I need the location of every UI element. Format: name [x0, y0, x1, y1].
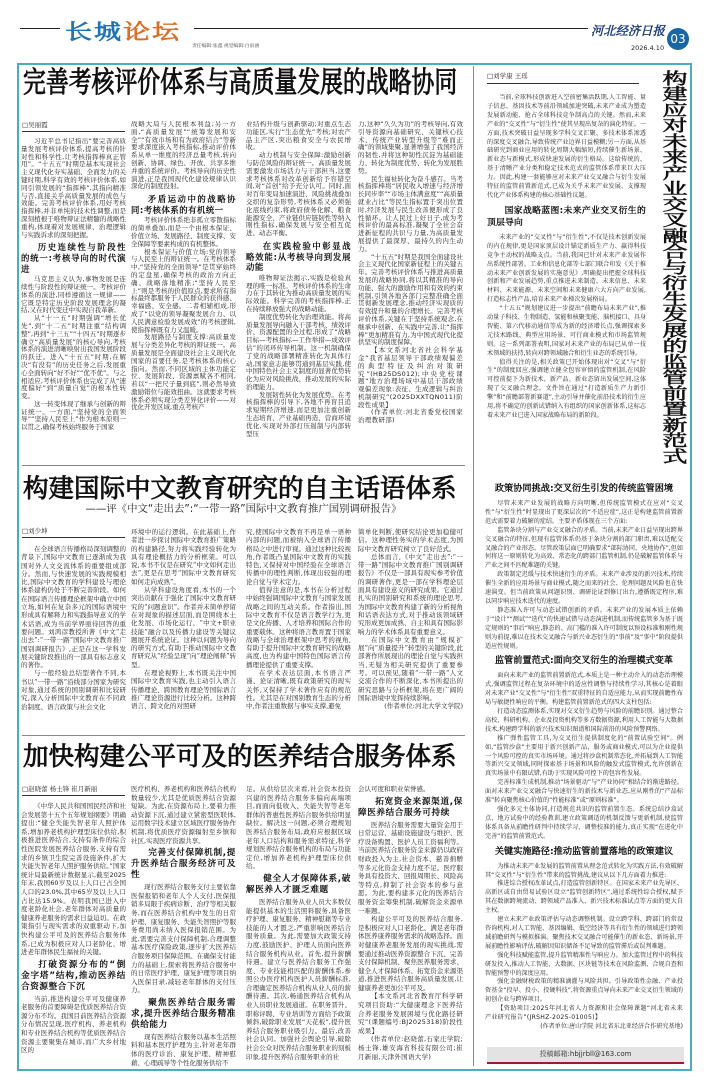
byline-rule [22, 131, 125, 132]
paragraph: 尽管未来产业发展的战略方向明晰,但传统监管模式在应对“交叉性”与“衍生性”时显现… [485, 500, 683, 527]
horizontal-divider-1 [22, 465, 465, 466]
paragraph-continued: 足。从供给层次来看,社会资本投资兴建的医养结合服务多偏向高端项目,而面向低收入、… [246, 785, 351, 871]
paragraph: 考核评价体系绝非孤立零散指标的简单叠加,而是一个由根本保证、价值立场、发展路径、… [131, 217, 236, 248]
paragraph: 强化多元主体协同,打造规范共识的监管前置生态。系统总结沙盒试点、地方试验中的经验… [485, 806, 683, 842]
horizontal-divider-2 [22, 735, 465, 736]
byline-rule [22, 537, 125, 538]
paragraph: 推广弹性监管工具,为交叉衍生提供制度化的“前置试验空间”。例如,“监管沙盒”主要… [485, 735, 683, 780]
paragraph: 建立未来产业政策评估与动态调整机制。设立跨学科、跨部门的常设咨询机构,对人工智能… [485, 916, 683, 952]
article-column-4: 会认可度和职业荣誉感。 拓宽资金来源渠道,保障医养结合服务可持续 医养结合服务需… [358, 785, 463, 1066]
paragraph: “十五五”时期是我国全面建设社会主义现代化国家新征程上的关键五年。完善考核评价体… [358, 254, 463, 348]
author-affiliation: (作者单位:河北省委党校国家治理教研部) [358, 409, 463, 425]
paragraph: 与一般经验总结型著作不同,本书以“一带一路”沿线部分国家为研究对象,通过系统的国… [21, 669, 126, 710]
paragraph: 发展韧性转化为发展优势。在考核指挥棒的引导下,各地不再盲目追求短期经济增速,而是… [246, 392, 351, 439]
paragraph: 这一转变体现了继承与创新的辩证统一。一方面,“坚持党的全面领导”“坚持人民至上”… [21, 401, 126, 432]
article-title: 加快构建公平可及的医养结合服务体系 [23, 743, 457, 772]
funding-note: 【本文系河北省社会科学基金“我省基层领导干部政绩观偏差的典型特征及纠治对策研究”… [358, 347, 463, 409]
byline-rule [22, 795, 125, 796]
paragraph: 强化金融财税政策的精准滴灌与风险共担。引导政策性金融、产业投资基金“投早、投小、… [485, 978, 683, 1005]
paragraph: 习近平总书记指出“要完善高质量发展考核评价体系,提高考核的针对性和科学性,让考核… [21, 138, 126, 239]
subheading: 矛盾运动中的战略协同:考核体系的有机统一 [131, 194, 236, 215]
paragraph: 为推动未来产业发展的监管前置从理念范式转化为实践方法,有效破解其“交叉性”与“衍… [485, 863, 683, 881]
funding-note: 【资助项目:2025年河北省人力资源和社会保障课题“河北省未来产业研究报告”(J… [485, 1005, 683, 1023]
byline: □刘学康 王瑶 [487, 72, 528, 80]
paragraph: 监管条块分割与产业交叉融合的矛盾。当前,未来产业日益呈现出跨界交叉融合的特征,但… [485, 527, 683, 572]
masthead-logo: 河北经济日报 [591, 23, 665, 39]
author-affiliation: (作者单位:唐山学院 河北省东北亚经济合作研究基地) [485, 1023, 683, 1032]
article-subtitle: ——评《中文“走出去”:“一带一路”国际中文教育推广国别调研报告》 [22, 502, 465, 516]
byline-rule [487, 83, 639, 84]
paragraph: 推进综合授权改革试点,打造监管创新特区。在国家未来产业先导区、高新区或自由贸易试… [485, 880, 683, 916]
paragraph: 从“十一五”时期强调“增长优先”,到“十二五”时期注重“结构调整”,再到“十三五… [21, 315, 126, 401]
paragraph: 民生福祉转化为奋斗感召。当考核指挥棒将“居民收入增速与经济增长同步率”“市场主体… [358, 176, 463, 254]
article-column-1: 习近平总书记指出“要完善高质量发展考核评价体系,提高考核的针对性和科学性,让考核… [21, 138, 126, 458]
paragraph: 发展路径与制度支撑:高质量发展与分类差异化考核的辩证统一。高质量发展是全面建设社… [131, 334, 236, 412]
paragraph: 值得注意的是,本书在分析过程中始终强调国际中文教育与国家发展战略之间的互动关系。… [246, 586, 351, 669]
paragraph: 总体而言,《中文“走出去”:“一带一路”国际中文教育推广国别调研报告》不仅是一部… [358, 553, 463, 636]
page-number-badge: 03 [667, 28, 689, 50]
paragraph-continued: 简单化判断,使研究结论更加稳健可信。这种理性务实的学术态度,为国际中文教育研究树… [358, 528, 463, 553]
article-title: 完善考核评价体系与高质量发展的战略协同 [23, 65, 457, 99]
editor-credits: 责任编辑:张鑫 视觉编辑:白雨涵 [192, 44, 259, 50]
paragraph: 面向未来产业的监管前置新范式,本质上是一种主动介入的动态治理模式,强调监管过程在… [485, 672, 683, 708]
section-title: 长城论坛 [65, 21, 181, 44]
article-narrow-column: 当前,全球科技创新进入空前密集活跃期,人工智能、量子信息、基因技术等前沿领域加速… [487, 94, 646, 476]
byline: □刘少坤 [22, 527, 48, 535]
article-column-4: 力,这种“久久为功”的考核导向,有效引导资源向基础研究、关键核心技术、传统产业转… [358, 121, 463, 458]
article-column-3: 足。从供给层次来看,社会资本投资兴建的医养结合服务多偏向高端项目,而面向低收入、… [246, 785, 351, 1066]
paragraph: 在理论视野上,本书既关注中国国际中文教育实践,也主动引入语言传播理论、跨国教育理… [131, 669, 236, 710]
paragraph-continued: 医疗机构、养老机构和医养结合机构数量较少,尤其是优质医养结合资源短缺。为此,在资… [131, 785, 236, 845]
paragraph: 当前,全球科技创新进入空前密集活跃期,人工智能、量子信息、基因技术等前沿领域加速… [487, 94, 646, 201]
paragraph: 值得关注的是,相关政策已开始体现出对“交叉”与“衍生”的制度回应,强调建立健全包… [487, 359, 646, 421]
article-column-2: 战略大局与人民根本利益;另一方面,“高质量发展”“统筹发展和安全”“有效市场和有… [131, 121, 236, 458]
paragraph: 构建公平可及的医养结合服务,是积极应对人口老龄化、满足老年群体医养康养服务需求的… [358, 915, 463, 992]
paragraph: 当前,推进构建公平可及健康养老服务的首要障碍是优质医养结合资源分布不均。我国目前… [21, 995, 126, 1055]
article-title: 构建国际中文教育研究的自主话语体系 [23, 475, 457, 504]
paragraph: 现行医养结合服务支付主要依靠医保报销和老年人个人支付,医保报销多局限于疾病诊断、… [131, 883, 236, 995]
paragraph: 从学科建设角度看,本书的一个突出贡献在于强化了国际中文教育研究的“问题意识”。作… [131, 586, 236, 669]
section-title-part-1: 长城 [65, 21, 123, 45]
paragraph-continued: 会认可度和职业荣誉感。 [358, 785, 463, 794]
vertical-article-title: 构建应对未来产业交叉融合与衍生发展的监管前置新范式 [660, 70, 686, 464]
subheading: 国家战略蓝图:未来产业交叉衍生的顶层导向 [487, 205, 646, 229]
paragraph-continued: 究,使国际中文教育不再是单一语种内部的问题,而被纳入全球语言传播格局之中进行审视… [246, 528, 351, 586]
paragraph: 在全球语言传播格局深刻调整的背景下,国际中文教育已逐渐成为我国对外人文交流体系的… [21, 545, 126, 669]
paragraph: 在国际中文教育由“规模扩展”向“质量提升”转型的关键阶段,此部著作所展现出的理论… [358, 636, 463, 702]
paragraph: 政策制定迟缓与技术快速衍生的矛盾。未来产业涉及的新兴技术,持续催生全新的应用场景… [485, 571, 683, 607]
submission-email-box: 投稿邮箱:hbjjrbll@163.com [487, 1047, 684, 1064]
subheading: 历史连续性与阶段性的统一:考核导向的时代演进 [21, 242, 126, 274]
paragraph: 根本保证与价值立场:党的领导与人民至上的辩证统一。在考核体系中,“坚持党的全面领… [131, 249, 236, 335]
paragraph-continued: 环境中的运行逻辑。在此基础上,作者进一步探讨国际中文教育推广策略的构建路径,努力… [131, 528, 236, 586]
header-rule-left [20, 28, 60, 29]
article-column-3: 究,使国际中文教育不再是单一语种内部的问题,而被纳入全球语言传播格局之中进行审视… [246, 528, 351, 729]
author-affiliation: (作者单位:赵晓蕾,石家庄学院;杨士锋,雄安海省科技有限公司;崔月新丽,天津外国… [358, 1035, 463, 1061]
header-rule-right [194, 28, 588, 29]
article-column-1: 在全球语言传播格局深刻调整的背景下,国际中文教育已逐渐成为我国对外人文交流体系的… [21, 545, 126, 729]
subheading: 在实践检验中彰显战略效能:从考核导向到发展动能 [246, 241, 351, 273]
paragraph: 唯物辩证法揭示,实践是检验真理的唯一标准。考核评价体系的生命力在于其转化为推动高… [246, 275, 351, 314]
paragraph: 静态准入许可与动态试错创新的矛盾。未来产业的发展本质上依赖于“设计”“测试”“迭… [485, 607, 683, 652]
article-column-1: 《中华人民共和国国民经济和社会发展第十五个五年规划纲要》明确提出:“健全失能失智… [21, 802, 126, 1066]
paragraph: 强化科技赋能监管,提升监管精准性与响应力。加大监管过程中的科技研发投入,推动人工… [485, 952, 683, 979]
subheading: 监管前置范式:面向交叉衍生的治理模式变革 [485, 655, 683, 667]
paragraph: 未来产业的“交叉性”与“衍生性”,不仅是技术创新发展的内在规律,更是国家顶层设计… [487, 234, 646, 305]
byline: □吴丽霞 [22, 121, 48, 129]
paragraph-continued: 业结构升级与创新驱动;对重点生态功能区,实行“生态优先”考核;对农产品主产区,突… [246, 121, 351, 152]
paragraph: 完善标准生成机制,推动“场景驱动”与“产业协同”相结合的渐进路径。面对未来产业交… [485, 779, 683, 806]
byline: □赵晓蕾 杨士锋 崔月新丽 [22, 785, 97, 793]
paragraph: 医养结合服务需要大量资金用于日常运营、基础设施建设与维护、医疗设备购置、医护人员… [358, 821, 463, 916]
paragraph: 马克思主义认为,事物发展是连续性与阶段性的辩证统一。考核评价体系的演进,同样遵循… [21, 276, 126, 315]
subheading: 政策协同挑战:交叉衍生引发的传统监管困境 [485, 483, 683, 495]
article-column-4: 简单化判断,使研究结论更加稳健可信。这种理性务实的学术态度,为国际中文教育研究树… [358, 528, 463, 729]
subheading: 打破资源分布的“倒金字塔”结构,推动医养结合资源整合下沉 [21, 960, 126, 993]
paragraph: 医养结合服务从业人员大多数仅能提供基本的生活照料服务,具备医疗护理、康复服务、精… [246, 898, 351, 1061]
paragraph: 动力机制与安全保障:激励创新与防范风险的辩证统一。高质量发展需要激发市场活力与干… [246, 152, 351, 238]
paragraph: “十五五”规划建议进一步提出“前瞻布局未来产业”,推动量子科技、生物制造、氢能和… [487, 305, 646, 358]
article-column-3: 业结构升级与创新驱动;对重点生态功能区,实行“生态优先”考核;对农产品主产区,突… [246, 121, 351, 458]
article-wide-column: 政策协同挑战:交叉衍生引发的传统监管困境 尽管未来产业发展的战略方向明晰,但传统… [485, 479, 683, 1044]
author-affiliation: (作者单位:河北大学文学院) [358, 702, 463, 710]
paragraph: 现有医养结合服务以基本生活照料和基本医疗护理为主,针对老年群体的医疗诊治、康复护… [131, 1033, 236, 1066]
vertical-divider [473, 66, 474, 1066]
paragraph-continued: 战略大局与人民根本利益;另一方面,“高质量发展”“统筹发展和安全”“有效市场和有… [131, 121, 236, 191]
paragraph: 打造动态监测体系,实现对交叉衍生趋势与风险的前瞻识别。通过整合高校、科研机构、企… [485, 708, 683, 735]
subheading: 完善支付保障机制,提升医养结合服务经济可及性 [131, 848, 236, 881]
section-title-part-2: 论坛 [123, 21, 181, 45]
funding-note: 【本文系河北省教育厅科学研究项目资助:“大健康理念下医养结合养老服务发展困境与优… [358, 992, 463, 1035]
subheading: 健全人才保障体系,破解医养人才匮乏难题 [246, 874, 351, 896]
issue-date: 2026.4.10 [631, 44, 664, 52]
subheading: 关键实施路径:推动监管前置落地的政策建议 [485, 846, 683, 858]
subheading: 拓宽资金来源渠道,保障医养结合服务可持续 [358, 797, 463, 819]
paragraph: 《中华人民共和国国民经济和社会发展第十五个五年规划纲要》明确提出:“健全失能失智… [21, 802, 126, 957]
subheading: 聚焦医养结合服务需求,提升医养结合服务精准供给能力 [131, 998, 236, 1031]
paragraph-continued: 力,这种“久久为功”的考核导向,有效引导资源向基础研究、关键核心技术、传统产业转… [358, 121, 463, 176]
paragraph: 制度优势转化为治理效能。将高质量发展导向融入干部考核、绩效评价、资源配置的全过程… [246, 314, 351, 392]
article-column-2: 环境中的运行逻辑。在此基础上,作者进一步探讨国际中文教育推广策略的构建路径,努力… [131, 528, 236, 729]
paragraph: 在学术表达层面,本书语言严谨、论证清晰,既有政策研究的现实关怀,又保持了学术著作… [246, 669, 351, 710]
article-column-2: 医疗机构、养老机构和医养结合机构数量较少,尤其是优质医养结合资源短缺。为此,在资… [131, 785, 236, 1066]
